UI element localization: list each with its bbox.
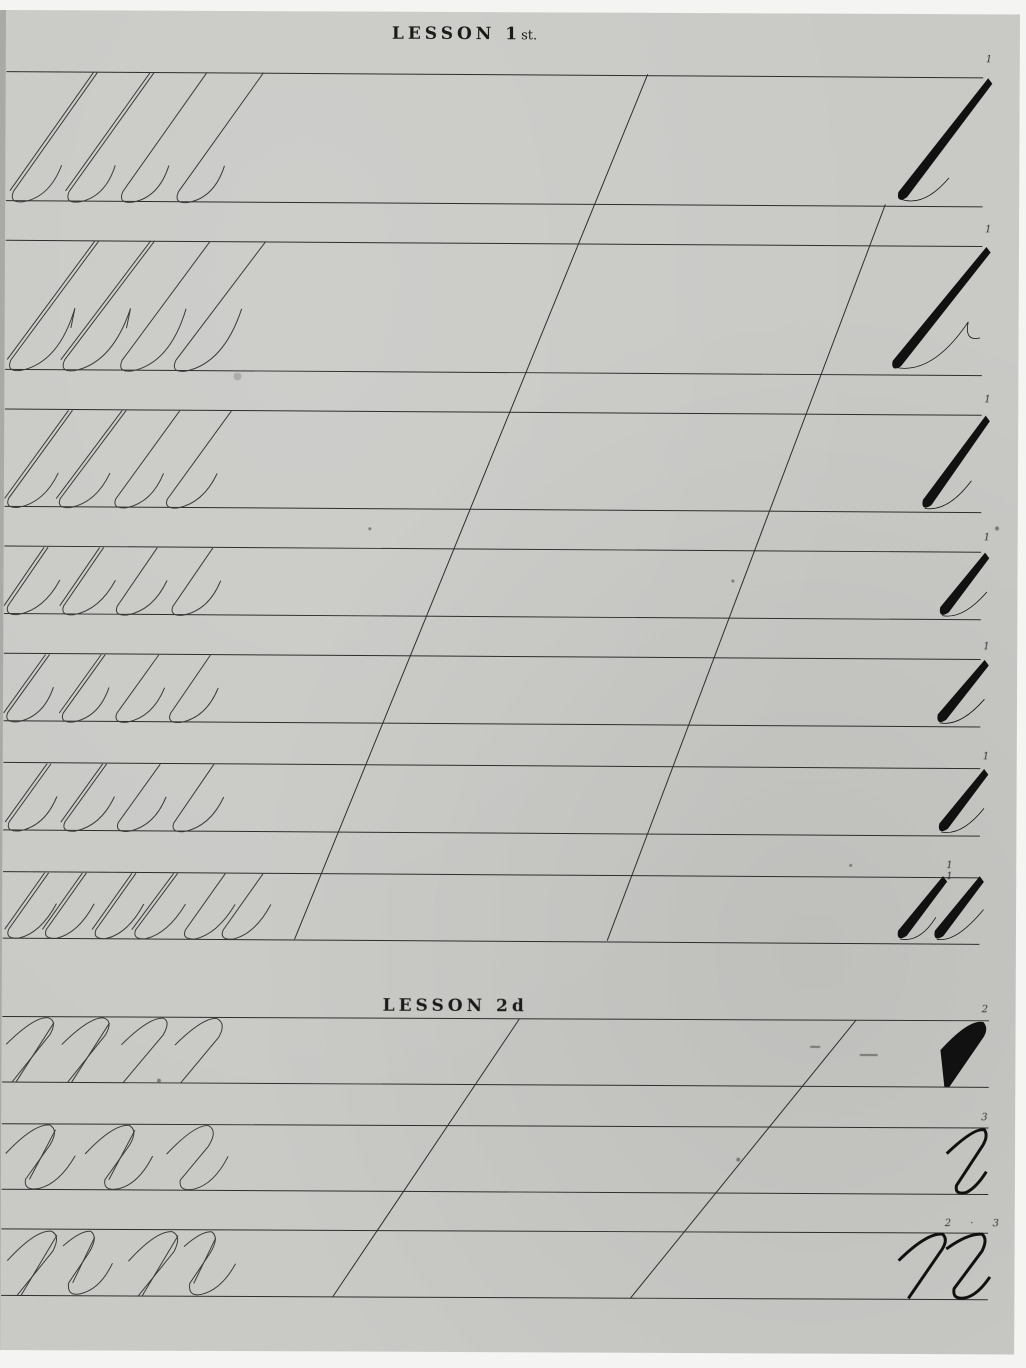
practice-row-2: [7, 240, 266, 371]
lesson-1-suffix: st.: [521, 28, 537, 43]
ruled-lines: [1, 72, 993, 1300]
model-letters: [889, 79, 995, 1298]
ruled-sheet: [0, 10, 1020, 1354]
lesson-1-number: 1: [505, 24, 521, 44]
lesson-1-title: LESSON: [392, 24, 496, 44]
model-letter-row-6: [940, 770, 987, 832]
model-letter-row-7: [899, 877, 984, 939]
practice-row-4: [4, 547, 221, 616]
practice-letters: [1, 72, 274, 1297]
model-letter-row-10: [898, 1234, 990, 1299]
practice-row-3: [5, 410, 232, 508]
practice-row-9: [6, 1125, 229, 1190]
stroke-number-row-10: 2 · 3: [945, 1218, 1007, 1229]
stroke-number-row-2: 1: [985, 224, 991, 235]
practice-row-7: [5, 873, 271, 940]
lesson-2-title: LESSON: [383, 996, 487, 1016]
stroke-number-row-4: 1: [984, 532, 990, 543]
practice-row-6: [5, 763, 224, 832]
stroke-number-row-1: 1: [986, 54, 992, 65]
model-letter-row-9: [947, 1130, 987, 1194]
stroke-number-row-8: 2: [982, 1004, 988, 1015]
lesson-2-suffix: d: [512, 996, 524, 1016]
practice-row-1: [10, 72, 264, 203]
stroke-number-row-9: 3: [981, 1112, 987, 1123]
stroke-number-row-5: 1: [983, 641, 989, 652]
model-letter-row-3: [923, 417, 988, 509]
lesson-1-heading: LESSON 1st.: [392, 24, 537, 45]
copybook-page: LESSON 1st. LESSON 2d 1 1 1 1 1 1 1 1 2 …: [0, 10, 1020, 1354]
practice-row-8: [6, 1017, 222, 1082]
paper-specks: [157, 372, 1000, 1163]
lesson-2-heading: LESSON 2d: [383, 996, 524, 1017]
stroke-number-row-3: 1: [984, 394, 990, 405]
model-letter-row-8: [941, 1022, 985, 1086]
model-letter-row-5: [938, 661, 987, 723]
lesson-2-number: 2: [496, 996, 512, 1016]
practice-row-5: [4, 654, 219, 723]
stroke-number-row-6: 1: [983, 751, 989, 762]
model-letter-row-2: [893, 248, 989, 369]
stroke-number-row-7: 1 1: [946, 860, 1016, 882]
practice-row-10: [7, 1231, 236, 1297]
model-letter-row-4: [941, 554, 988, 616]
model-letter-row-1: [899, 79, 991, 201]
